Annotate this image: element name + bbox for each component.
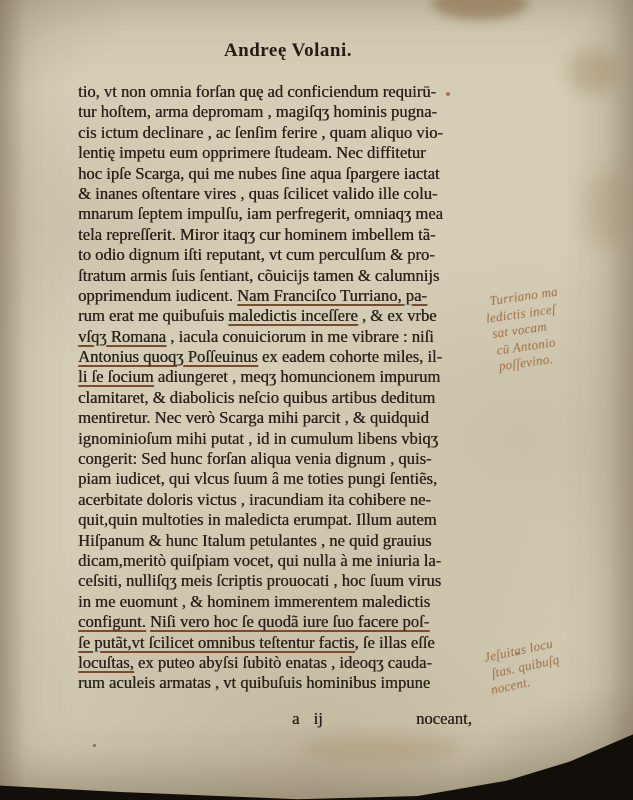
text-line: ignominioſum mihi putat , id in cumulum … bbox=[78, 429, 499, 449]
text-line: tur hoſtem, arma depromam , magiſqʒ homi… bbox=[78, 102, 499, 122]
text-line: hoc ipſe Scarga, qui me nubes ſine aqua … bbox=[78, 164, 499, 184]
text-line: to odio dignum iſti reputant, vt cum per… bbox=[78, 245, 499, 265]
text-line: Antonius quoqʒ Poſſeuinus ex eadem cohor… bbox=[78, 347, 499, 367]
text-segment: dicam,meritò quiſpiam vocet, qui nulla à… bbox=[78, 551, 441, 570]
ink-underlined-phrase: Antonius quoqʒ Poſſeuinus bbox=[78, 347, 258, 366]
text-segment: piam iudicet, qui vlcus ſuum â me toties… bbox=[78, 469, 437, 488]
text-line: opprimendum iudicent. Nam Franciſco Turr… bbox=[78, 286, 499, 306]
text-segment: ceſsiti, nulliſqʒ meis ſcriptis prouocat… bbox=[78, 571, 441, 590]
text-segment: rum aculeis armatas , vt quibuſuis homin… bbox=[78, 673, 430, 692]
text-segment: hoc ipſe Scarga, qui me nubes ſine aqua … bbox=[78, 164, 440, 183]
catchword: noceant, bbox=[416, 709, 472, 729]
ink-underlined-phrase: locuſtas, bbox=[78, 653, 134, 672]
text-segment: tur hoſtem, arma depromam , magiſqʒ homi… bbox=[78, 102, 437, 121]
text-line: li ſe ſocium adiungeret , meqʒ homuncion… bbox=[78, 367, 499, 387]
text-line: Hiſpanum & hunc Italum petulantes , ne q… bbox=[78, 531, 499, 551]
ink-underlined-phrase: maledictis inceſſere bbox=[228, 306, 357, 325]
text-segment: rum erat me quibuſuis bbox=[78, 306, 228, 325]
text-segment: acerbitate doloris victus , iracundiam i… bbox=[78, 490, 431, 509]
text-segment: ſtratum armis ſuis ſentiant, cõuicijs ta… bbox=[78, 266, 439, 285]
text-line: mentiretur. Nec verò Scarga mihi parcit … bbox=[78, 408, 499, 428]
text-segment: tela repreſſerit. Miror itaqʒ cur homine… bbox=[78, 225, 436, 244]
text-segment: & inanes oſtentare vires , quas ſcilicet… bbox=[78, 184, 437, 203]
signature-line: a ij noceant, bbox=[78, 709, 499, 729]
body-text: tio, vt non omnia forſan quę ad conficie… bbox=[78, 82, 499, 694]
text-segment: lentię impetu eum opprimere ſtudeam. Nec… bbox=[78, 143, 426, 162]
text-line: ſtratum armis ſuis ſentiant, cõuicijs ta… bbox=[78, 266, 499, 286]
text-segment: quit,quin multoties in maledicta erumpat… bbox=[78, 510, 437, 529]
text-line: cis ictum declinare , ac ſenſim ferire ,… bbox=[78, 123, 499, 143]
text-segment: adiungeret , meqʒ homuncionem impurum bbox=[154, 367, 441, 386]
text-segment: to odio dignum iſti reputant, vt cum per… bbox=[78, 245, 435, 264]
text-segment: ignominioſum mihi putat , id in cumulum … bbox=[78, 429, 438, 448]
text-block: tio, vt non omnia forſan quę ad conficie… bbox=[78, 82, 499, 729]
ink-underlined-phrase: configunt. bbox=[78, 612, 146, 631]
text-segment: cis ictum declinare , ac ſenſim ferire ,… bbox=[78, 123, 443, 142]
text-line: rum aculeis armatas , vt quibuſuis homin… bbox=[78, 673, 499, 693]
text-line: locuſtas, ex puteo abyſsi ſubitò enatas … bbox=[78, 653, 499, 673]
text-segment: ex eadem cohorte miles, il- bbox=[258, 347, 442, 366]
text-line: clamitaret, & diabolicis neſcio quibus a… bbox=[78, 388, 499, 408]
text-line: rum erat me quibuſuis maledictis inceſſe… bbox=[78, 306, 499, 326]
ink-underlined-phrase: vſqʒ Romana bbox=[78, 327, 166, 346]
running-header: Andreę Volani. bbox=[78, 40, 498, 62]
text-line: piam iudicet, qui vlcus ſuum â me toties… bbox=[78, 469, 499, 489]
text-line: acerbitate doloris victus , iracundiam i… bbox=[78, 490, 499, 510]
text-segment: , ſe illas eſſe bbox=[355, 633, 435, 652]
text-line: tio, vt non omnia forſan quę ad conficie… bbox=[78, 82, 499, 102]
text-segment: tio, vt non omnia forſan quę ad conficie… bbox=[78, 82, 436, 101]
ink-underlined-phrase: Nam Franciſco Turriano, pa- bbox=[237, 286, 427, 305]
text-line: vſqʒ Romana , iacula conuiciorum in me v… bbox=[78, 327, 499, 347]
text-segment: , iacula conuiciorum in me vibrare : niſ… bbox=[166, 327, 434, 346]
text-line: & inanes oſtentare vires , quas ſcilicet… bbox=[78, 184, 499, 204]
scanned-book-page: Andreę Volani. tio, vt non omnia forſan … bbox=[0, 0, 633, 800]
ink-underlined-phrase: Niſi vero hoc ſe quodã iure ſuo facere p… bbox=[150, 612, 429, 631]
marginal-annotation-1: Turriano maledictis inceſsat vocamcū Ant… bbox=[489, 284, 569, 375]
ink-underlined-phrase: li ſe ſocium bbox=[78, 367, 154, 386]
signature-mark: a ij bbox=[292, 709, 323, 729]
text-segment: , & ex vrbe bbox=[358, 306, 437, 325]
ink-underlined-phrase: ſe putãt,vt ſcilicet omnibus teſtentur f… bbox=[78, 633, 355, 652]
text-segment: clamitaret, & diabolicis neſcio quibus a… bbox=[78, 388, 435, 407]
text-line: mnarum ſeptem impulſu, iam perfregerit, … bbox=[78, 204, 499, 224]
text-segment: congerit: Sed hunc forſan aliqua venia d… bbox=[78, 449, 431, 468]
text-line: ſe putãt,vt ſcilicet omnibus teſtentur f… bbox=[78, 633, 499, 653]
text-line: configunt. Niſi vero hoc ſe quodã iure ſ… bbox=[78, 612, 499, 632]
text-line: ceſsiti, nulliſqʒ meis ſcriptis prouocat… bbox=[78, 571, 499, 591]
text-line: dicam,meritò quiſpiam vocet, qui nulla à… bbox=[78, 551, 499, 571]
text-line: lentię impetu eum opprimere ſtudeam. Nec… bbox=[78, 143, 499, 163]
text-segment: ex puteo abyſsi ſubitò enatas , ideoqʒ c… bbox=[134, 653, 432, 672]
text-line: congerit: Sed hunc forſan aliqua venia d… bbox=[78, 449, 499, 469]
text-line: tela repreſſerit. Miror itaqʒ cur homine… bbox=[78, 225, 499, 245]
text-segment: mnarum ſeptem impulſu, iam perfregerit, … bbox=[78, 204, 443, 223]
text-line: in me euomunt , & hominem immerentem mal… bbox=[78, 592, 499, 612]
text-segment: in me euomunt , & hominem immerentem mal… bbox=[78, 592, 430, 611]
text-segment: Hiſpanum & hunc Italum petulantes , ne q… bbox=[78, 531, 431, 550]
text-segment: mentiretur. Nec verò Scarga mihi parcit … bbox=[78, 408, 429, 427]
paper-speck bbox=[93, 744, 96, 747]
text-line: quit,quin multoties in maledicta erumpat… bbox=[78, 510, 499, 530]
text-segment: opprimendum iudicent. bbox=[78, 286, 237, 305]
